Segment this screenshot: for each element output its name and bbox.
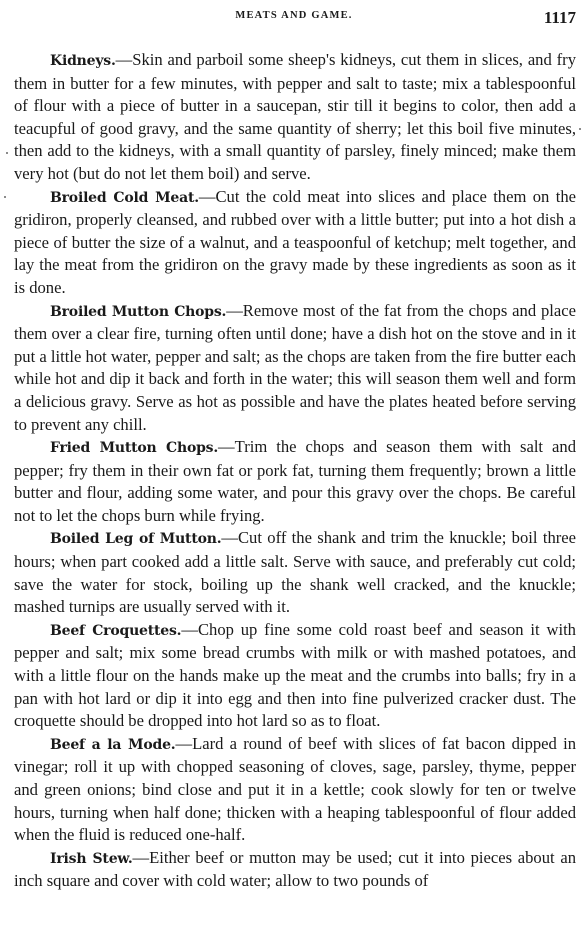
em-dash: — bbox=[175, 734, 192, 753]
em-dash: — bbox=[116, 50, 133, 69]
recipe-beef-croquettes: Beef Croquettes.—Chop up fine some cold … bbox=[14, 619, 576, 733]
page-number: 1117 bbox=[544, 8, 576, 28]
recipe-title: Broiled Mutton Chops. bbox=[50, 304, 226, 320]
em-dash: — bbox=[199, 187, 216, 206]
running-title: MEATS AND GAME. bbox=[0, 10, 588, 21]
recipe-text: Remove most of the fat from the chops an… bbox=[14, 301, 576, 434]
recipe-text: Skin and parboil some sheep's kidneys, c… bbox=[14, 50, 576, 183]
recipe-beef-a-la-mode: Beef a la Mode.—Lard a round of beef wit… bbox=[14, 733, 576, 847]
recipe-irish-stew: Irish Stew.—Either beef or mutton may be… bbox=[14, 847, 576, 893]
recipe-fried-mutton-chops: Fried Mutton Chops.—Trim the chops and s… bbox=[14, 436, 576, 527]
recipe-broiled-cold-meat: Broiled Cold Meat.—Cut the cold meat int… bbox=[14, 186, 576, 300]
em-dash: — bbox=[218, 437, 235, 456]
running-head: MEATS AND GAME. 1117 bbox=[0, 8, 588, 28]
recipe-title: Beef a la Mode. bbox=[50, 737, 175, 753]
recipe-title: Fried Mutton Chops. bbox=[50, 440, 218, 456]
scan-speck bbox=[4, 196, 6, 198]
recipe-boiled-leg-of-mutton: Boiled Leg of Mutton.—Cut off the shank … bbox=[14, 527, 576, 618]
recipe-broiled-mutton-chops: Broiled Mutton Chops.—Remove most of the… bbox=[14, 300, 576, 437]
em-dash: — bbox=[181, 620, 198, 639]
body-text: Kidneys.—Skin and parboil some sheep's k… bbox=[14, 49, 576, 893]
em-dash: — bbox=[221, 528, 238, 547]
em-dash: — bbox=[133, 848, 150, 867]
scan-speck bbox=[6, 152, 8, 154]
recipe-title: Kidneys. bbox=[50, 53, 116, 69]
em-dash: — bbox=[226, 301, 243, 320]
book-page: MEATS AND GAME. 1117 Kidneys.—Skin and p… bbox=[0, 0, 588, 926]
recipe-kidneys: Kidneys.—Skin and parboil some sheep's k… bbox=[14, 49, 576, 186]
recipe-title: Irish Stew. bbox=[50, 851, 133, 867]
recipe-title: Broiled Cold Meat. bbox=[50, 190, 199, 206]
recipe-title: Boiled Leg of Mutton. bbox=[50, 531, 221, 547]
scan-speck bbox=[579, 128, 581, 130]
recipe-title: Beef Croquettes. bbox=[50, 623, 181, 639]
